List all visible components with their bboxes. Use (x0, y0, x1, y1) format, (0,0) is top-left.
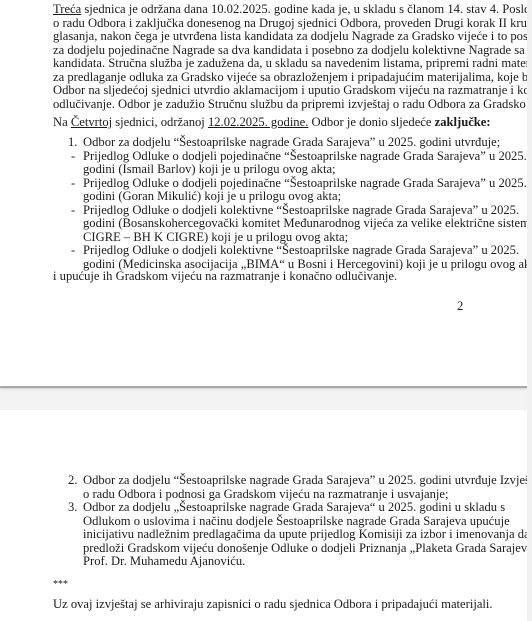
document-page-2: Treća sjednica je održana dana 10.02.202… (0, 0, 527, 388)
list-item-line: predloži Gradskom vijeću donošenje Odluk… (83, 541, 532, 555)
paragraph-line: glasanja, nakon čega je utvrđena lista k… (53, 29, 473, 43)
session-name: Treća (53, 2, 81, 16)
separator: *** (53, 578, 68, 592)
list-marker: 3. (68, 500, 77, 514)
paragraph-line: odlučivanje. Odbor je zadužio Stručnu sl… (53, 97, 532, 111)
list-marker: 1. (68, 135, 77, 149)
list-item-line: godini (Bosanskohercegovački komitet Međ… (83, 216, 532, 230)
list-marker: - (71, 243, 75, 257)
list-item-line: Odbor za dodjelu “Šestoaprilske nagrade … (83, 135, 500, 149)
list-item-line: godini (Goran Mikulić) koji je u prilogu… (83, 189, 341, 203)
page-number: 2 (457, 299, 463, 314)
fourth-session-line: Na Četvrtoj sjednici, održanoj 12.02.202… (53, 115, 491, 129)
list-item-line: Prijedlog Odluke o dodjeli kolektivne “Š… (83, 243, 519, 257)
list-item-line: o radu Odbora i podnosi ga Gradskom vije… (83, 487, 448, 501)
paragraph-line: Treća sjednica je održana dana 10.02.202… (53, 2, 473, 16)
list-marker: - (71, 176, 75, 190)
list-item-line: CIGRE – BH K CIGRE) koji je u prilogu ov… (83, 230, 348, 244)
list-marker: - (71, 149, 75, 163)
list-item-line: godini (Ismail Barlov) koji je u prilogu… (83, 162, 336, 176)
list-item-line: Prijedlog Odluke o dodjeli kolektivne “Š… (83, 203, 519, 217)
final-line: Uz ovaj izvještaj se arhiviraju zapisnic… (53, 597, 493, 611)
session-name: Četvrtoj (71, 115, 112, 129)
document-page-3: 2.Odbor za dodjelu “Šestoaprilske nagrad… (0, 410, 527, 621)
conclusions-heading: zaključke: (435, 115, 491, 129)
paragraph-line: za predlaganje odluka za Gradsko vijeće … (53, 70, 473, 84)
list-item-line: Prijedlog Odluke o dodjeli pojedinačne “… (83, 149, 527, 163)
text: Odbor je donio sljedeće (308, 115, 434, 129)
list-item-line: Odlukom o uslovima i načinu dodjele Šest… (83, 514, 510, 528)
paragraph-line: kandidata. Stručna služba je zadužena da… (53, 56, 473, 70)
list-marker: 2. (68, 473, 77, 487)
list-item-line: Odbor za dodjelu „Šestoaprilske nagrade … (83, 500, 505, 514)
session-date: 12.02.2025. godine. (208, 115, 308, 129)
scrollbar-track[interactable] (527, 0, 532, 621)
list-item-line: Odbor za dodjelu “Šestoaprilske nagrade … (83, 473, 532, 487)
list-item-line: Prof. Dr. Muhamedu Ajanoviću. (83, 554, 245, 568)
paragraph-line: za dodjelu pojedinačne Nagrade sa dva ka… (53, 43, 473, 57)
list-item-line: Prijedlog Odluke o dodjeli pojedinačne “… (83, 176, 527, 190)
paragraph-line: Odbor na sljedećoj sjednici utvrdio akla… (53, 83, 473, 97)
closing-line: i upućuje ih Gradskom vijeću na razmatra… (53, 269, 397, 283)
list-item-line: inicijativu nadležnim predlagačima da up… (83, 527, 530, 541)
text: Na (53, 115, 71, 129)
text: sjednici, održanoj (112, 115, 208, 129)
paragraph-line: o radu Odbora i zaključka donesenog na D… (53, 16, 473, 30)
list-marker: - (71, 203, 75, 217)
